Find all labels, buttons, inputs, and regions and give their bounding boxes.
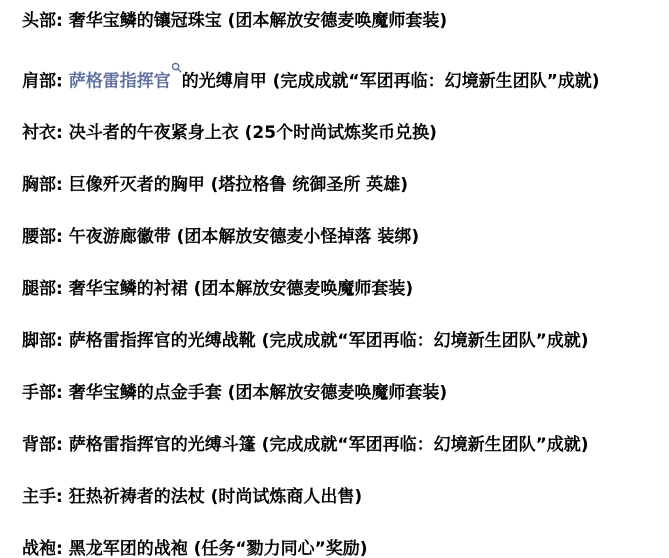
item-text: 奢华宝鳞的点金手套 (团本解放安德麦唤魔师套装)	[69, 383, 447, 403]
item-text: 的光缚肩甲 (完成成就“军团再临：幻境新生团队”成就)	[182, 71, 600, 91]
equip-line-tabard: 战袍: 黑龙军团的战袍 (任务“勠力同心”奖励)	[22, 540, 661, 558]
slot-label: 背部:	[22, 435, 69, 455]
slot-label: 腿部:	[22, 279, 69, 299]
item-text: 狂热祈祷者的法杖 (时尚试炼商人出售)	[69, 487, 362, 507]
slot-label: 主手:	[22, 487, 69, 507]
item-text: 午夜游廊徽带 (团本解放安德麦小怪掉落 装绑)	[69, 227, 419, 247]
slot-label: 战袍:	[22, 539, 69, 558]
slot-label: 肩部:	[22, 71, 69, 91]
item-text: 决斗者的午夜紧身上衣 (25个时尚试炼奖币兑换)	[69, 123, 437, 143]
equip-line-shoulder: 肩部: 萨格雷指挥官的光缚肩甲 (完成成就“军团再临：幻境新生团队”成就)	[22, 64, 661, 90]
equip-line-head: 头部: 奢华宝鳞的镶冠珠宝 (团本解放安德麦唤魔师套装)	[22, 12, 661, 30]
slot-label: 头部:	[22, 11, 69, 31]
item-link[interactable]: 萨格雷指挥官	[69, 71, 171, 91]
search-icon[interactable]	[171, 68, 182, 81]
equip-line-mainhand: 主手: 狂热祈祷者的法杖 (时尚试炼商人出售)	[22, 488, 661, 506]
equip-line-legs: 腿部: 奢华宝鳞的衬裙 (团本解放安德麦唤魔师套装)	[22, 280, 661, 298]
item-text: 黑龙军团的战袍 (任务“勠力同心”奖励)	[69, 539, 368, 558]
item-text: 奢华宝鳞的衬裙 (团本解放安德麦唤魔师套装)	[69, 279, 413, 299]
slot-label: 腰部:	[22, 227, 69, 247]
item-text: 萨格雷指挥官的光缚斗篷 (完成成就“军团再临：幻境新生团队”成就)	[69, 435, 589, 455]
item-text: 萨格雷指挥官的光缚战靴 (完成成就“军团再临：幻境新生团队”成就)	[69, 331, 589, 351]
equipment-list: 头部: 奢华宝鳞的镶冠珠宝 (团本解放安德麦唤魔师套装) 肩部: 萨格雷指挥官的…	[0, 0, 669, 558]
equip-line-shirt: 衬衣: 决斗者的午夜紧身上衣 (25个时尚试炼奖币兑换)	[22, 124, 661, 142]
item-text: 巨像歼灭者的胸甲 (塔拉格鲁 统御圣所 英雄)	[69, 175, 408, 195]
slot-label: 手部:	[22, 383, 69, 403]
equip-line-chest: 胸部: 巨像歼灭者的胸甲 (塔拉格鲁 统御圣所 英雄)	[22, 176, 661, 194]
slot-label: 胸部:	[22, 175, 69, 195]
slot-label: 衬衣:	[22, 123, 69, 143]
equip-line-back: 背部: 萨格雷指挥官的光缚斗篷 (完成成就“军团再临：幻境新生团队”成就)	[22, 436, 661, 454]
equip-line-feet: 脚部: 萨格雷指挥官的光缚战靴 (完成成就“军团再临：幻境新生团队”成就)	[22, 332, 661, 350]
equip-line-waist: 腰部: 午夜游廊徽带 (团本解放安德麦小怪掉落 装绑)	[22, 228, 661, 246]
page: 头部: 奢华宝鳞的镶冠珠宝 (团本解放安德麦唤魔师套装) 肩部: 萨格雷指挥官的…	[0, 0, 669, 558]
item-text: 奢华宝鳞的镶冠珠宝 (团本解放安德麦唤魔师套装)	[69, 11, 447, 31]
equip-line-hands: 手部: 奢华宝鳞的点金手套 (团本解放安德麦唤魔师套装)	[22, 384, 661, 402]
slot-label: 脚部:	[22, 331, 69, 351]
